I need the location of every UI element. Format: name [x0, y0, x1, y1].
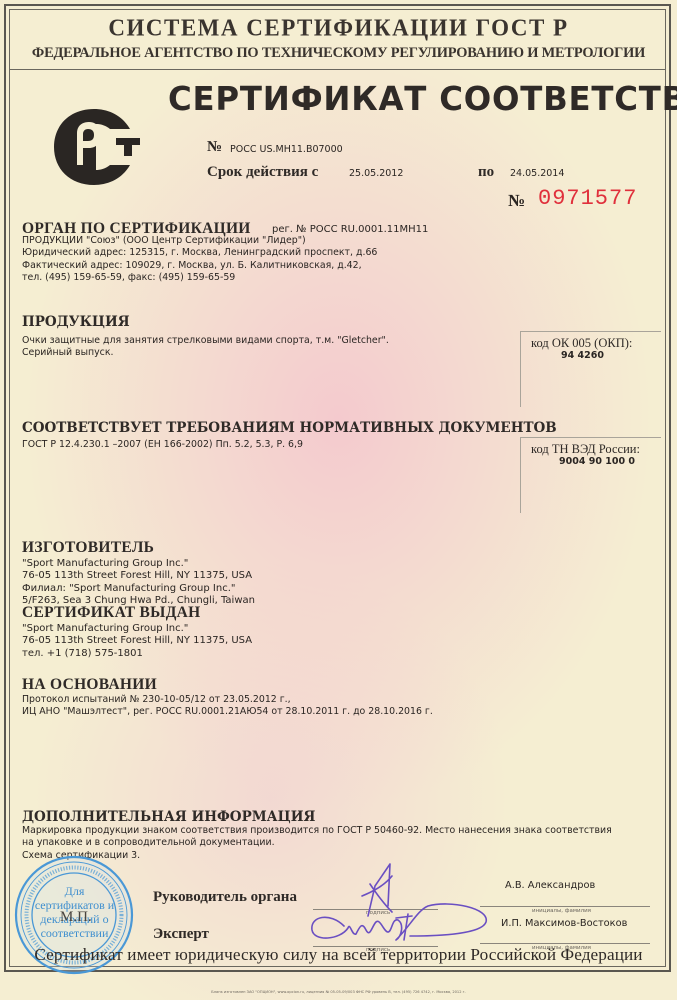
print-info: Бланк изготовлен ЗАО "ОПЦИОН", www.opcio…: [0, 990, 677, 994]
rst-logo-icon: [52, 107, 142, 187]
detail-line: Протокол испытаний № 230-10-05/12 от 23.…: [22, 694, 433, 706]
valid-from-date: 25.05.2012: [349, 168, 403, 179]
detail-line: 76-05 113th Street Forest Hill, NY 11375…: [22, 635, 252, 647]
tnved-code: 9004 90 100 0: [559, 456, 635, 467]
certificate-number: РОСС US.МН11.В07000: [230, 144, 343, 155]
seal-place-label: М.П.: [60, 909, 92, 926]
certification-body-registration: рег. № РОСС RU.0001.11МН11: [272, 224, 428, 235]
compliance-heading: СООТВЕТСТВУЕТ ТРЕБОВАНИЯМ НОРМАТИВНЫХ ДО…: [22, 420, 557, 436]
detail-line: Юридический адрес: 125315, г. Москва, Ле…: [22, 247, 377, 259]
okp-label: код ОК 005 (ОКП):: [531, 336, 632, 351]
expert-name: И.П. Максимов-Востоков: [501, 918, 627, 929]
issued-to-heading: СЕРТИФИКАТ ВЫДАН: [22, 604, 201, 622]
okp-code-box: код ОК 005 (ОКП): 94 4260: [520, 331, 661, 407]
detail-line: "Sport Manufacturing Group Inc.": [22, 558, 255, 570]
detail-line: ГОСТ Р 12.4.230.1 –2007 (ЕН 166-2002) Пп…: [22, 439, 303, 451]
system-title: СИСТЕМА СЕРТИФИКАЦИИ ГОСТ Р: [0, 14, 677, 41]
detail-line: Очки защитные для занятия стрелковыми ви…: [22, 335, 389, 347]
okp-code: 94 4260: [561, 350, 604, 361]
detail-line: Маркировка продукции знаком соответствия…: [22, 825, 612, 837]
detail-line: на упаковке и в сопроводительной докумен…: [22, 837, 612, 849]
manufacturer-details: "Sport Manufacturing Group Inc." 76-05 1…: [22, 558, 255, 607]
detail-line: тел. +1 (718) 575-1801: [22, 648, 252, 660]
detail-line: Серийный выпуск.: [22, 347, 389, 359]
expert-name-line: [480, 943, 650, 944]
tnved-code-box: код ТН ВЭД России: 9004 90 100 0: [520, 437, 661, 513]
validity-label: Срок действия с: [207, 164, 318, 181]
head-name-caption: инициалы, фамилия: [532, 908, 591, 914]
stamp-line: соответствии: [12, 926, 137, 940]
detail-line: ПРОДУКЦИИ "Союз" (ООО Центр Сертификации…: [22, 235, 377, 247]
head-name-line: [480, 906, 650, 907]
detail-line: ИЦ АНО "Машэлтест", рег. РОСС RU.0001.21…: [22, 706, 433, 718]
legal-notice: Сертификат имеет юридическую силу на все…: [0, 945, 677, 965]
valid-to-label: по: [478, 164, 494, 181]
detail-line: Филиал: "Sport Manufacturing Group Inc.": [22, 583, 255, 595]
basis-details: Протокол испытаний № 230-10-05/12 от 23.…: [22, 694, 433, 719]
head-name: А.В. Александров: [505, 880, 595, 891]
certificate-number-sign: №: [207, 139, 222, 156]
product-description: Очки защитные для занятия стрелковыми ви…: [22, 335, 389, 360]
compliance-standards: ГОСТ Р 12.4.230.1 –2007 (ЕН 166-2002) Пп…: [22, 439, 303, 451]
handwritten-signatures-icon: [300, 856, 500, 946]
valid-to-date: 24.05.2014: [510, 168, 564, 179]
detail-line: 76-05 113th Street Forest Hill, NY 11375…: [22, 570, 255, 582]
issued-to-details: "Sport Manufacturing Group Inc." 76-05 1…: [22, 623, 252, 660]
agency-name: ФЕДЕРАЛЬНОЕ АГЕНТСТВО ПО ТЕХНИЧЕСКОМУ РЕ…: [0, 45, 677, 62]
detail-line: Фактический адрес: 109029, г. Москва, ул…: [22, 260, 377, 272]
detail-line: тел. (495) 159-65-59, факс: (495) 159-65…: [22, 272, 377, 284]
tnved-label: код ТН ВЭД России:: [531, 442, 640, 457]
manufacturer-heading: ИЗГОТОВИТЕЛЬ: [22, 539, 154, 557]
document-title: СЕРТИФИКАТ СООТВЕТСТВИЯ: [168, 79, 677, 118]
basis-heading: НА ОСНОВАНИИ: [22, 676, 157, 694]
product-heading: ПРОДУКЦИЯ: [22, 314, 130, 330]
certification-body-details: ПРОДУКЦИИ "Союз" (ООО Центр Сертификации…: [22, 235, 377, 284]
detail-line: "Sport Manufacturing Group Inc.": [22, 623, 252, 635]
expert-label: Эксперт: [153, 926, 209, 943]
stamp-line: Для: [12, 884, 137, 898]
header-divider: [9, 69, 666, 70]
additional-info-heading: ДОПОЛНИТЕЛЬНАЯ ИНФОРМАЦИЯ: [22, 809, 315, 825]
serial-number-sign: №: [508, 191, 525, 211]
head-of-body-label: Руководитель органа: [153, 889, 297, 906]
serial-number: 0971577: [538, 186, 637, 211]
